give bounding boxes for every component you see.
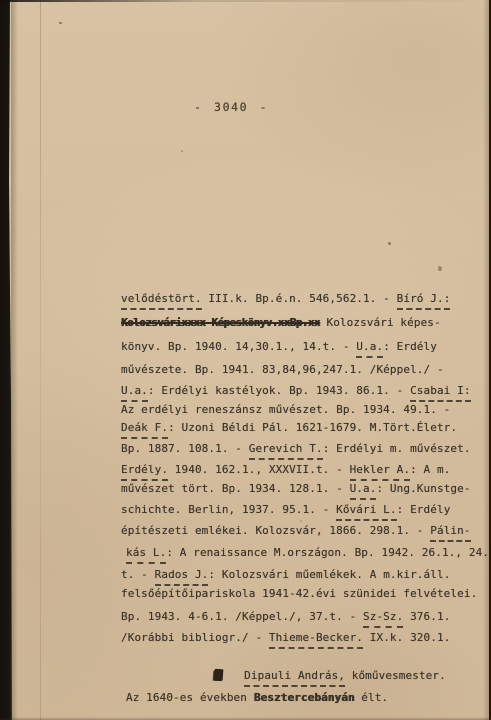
- text-line: t. - Rados J.: Kolozsvári műemlékek. A m…: [121, 567, 450, 582]
- text-line: velődéstört. III.k. Bp.é.n. 546,562.1. -…: [121, 291, 450, 306]
- text-line: Erdély. 1940. 162.1., XXXVII.t. - Hekler…: [121, 462, 450, 477]
- text-segment: : A renaissance M.országon. Bp. 1942. 26…: [166, 546, 489, 559]
- underlined-text: Rados J.: [155, 568, 209, 586]
- text-segment: felsőépítőipariskola 1941-42.évi szünide…: [121, 587, 477, 600]
- text-segment: Kolozsvári képes-: [320, 316, 441, 329]
- text-segment: : Ung.Kunstge-: [376, 482, 470, 495]
- text-segment: IX.k. 320.1.: [363, 631, 450, 644]
- scan-right-edge-shadow: [483, 0, 489, 720]
- text-segment: /Korábbi bibliogr./ -: [121, 631, 269, 644]
- scanned-document-page: - 3040 - velődéstört. III.k. Bp.é.n. 546…: [0, 0, 491, 720]
- text-segment: élt.: [355, 691, 389, 704]
- text-line: Az 1640-es években Besztercebányán élt.: [126, 690, 388, 705]
- underlined-text: Gerevich T.: [249, 442, 323, 460]
- paper-speck: [438, 266, 442, 271]
- underlined-text: kás L.: [126, 546, 166, 564]
- text-segment: 1940. 162.1., XXXVII.t. -: [168, 463, 350, 476]
- text-segment: : Erdélyi kastélyok. Bp. 1943. 86.1. -: [148, 384, 410, 397]
- text-segment: Az erdélyi reneszánsz művészet. Bp. 1934…: [121, 403, 450, 416]
- text-segment: : Erdély: [397, 503, 451, 516]
- text-segment: Besztercebányán: [254, 691, 355, 704]
- scan-left-edge-shadow: [11, 0, 18, 720]
- text-line: művészete. Bp. 1941. 83,84,96,247.1. /Ké…: [121, 362, 444, 377]
- paper-speck: [59, 22, 62, 24]
- text-segment: t. -: [121, 568, 155, 581]
- text-line: Az erdélyi reneszánsz művészet. Bp. 1934…: [121, 402, 450, 417]
- text-segment: : Kolozsvári műemlékek. A m.kir.áll.: [208, 568, 450, 581]
- underlined-text: U.a.: [121, 384, 148, 402]
- text-segment: 376.1.: [403, 610, 450, 623]
- text-segment: : Erdélyi m. művészet.: [323, 442, 471, 455]
- struck-out-text: Kolozsvárixxxx Képeskönyv.xxBp.xx: [121, 316, 320, 329]
- text-segment: kőművesmester.: [345, 669, 446, 682]
- text-segment: III.k. Bp.é.n. 546,562.1. -: [202, 292, 397, 305]
- text-segment: könyv. Bp. 1940. 14,30.1., 14.t. -: [121, 340, 356, 353]
- underlined-text: Deák F.: [121, 421, 168, 439]
- text-segment: : Erdély: [383, 340, 437, 353]
- underlined-text: Bíró J.:: [397, 292, 451, 310]
- text-line: felsőépítőipariskola 1941-42.évi szünide…: [121, 586, 477, 601]
- text-line: Deák F.: Uzoni Béldi Pál. 1621-1679. M.T…: [121, 420, 457, 435]
- text-segment: : A m.: [410, 463, 450, 476]
- text-line: építészeti emlékei. Kolozsvár, 1866. 298…: [121, 523, 471, 538]
- text-segment: Bp. 1887. 108.1. -: [121, 442, 249, 455]
- text-segment: [224, 669, 244, 682]
- text-line: Bp. 1887. 108.1. - Gerevich T.: Erdélyi …: [121, 441, 471, 456]
- underlined-text: Pálin-: [430, 524, 470, 542]
- underlined-text: velődéstört.: [121, 292, 202, 310]
- paper-speck: [388, 242, 391, 245]
- overstrike-mark: [214, 669, 224, 682]
- underlined-text: U.a.: [350, 482, 377, 500]
- text-line: kás L.: A renaissance M.országon. Bp. 19…: [126, 545, 489, 560]
- page-number: - 3040 -: [194, 100, 268, 114]
- text-line: schichte. Berlin, 1937. 95.1. - Kővári L…: [121, 502, 450, 517]
- paper-fold-line: [40, 0, 41, 720]
- text-segment: építészeti emlékei. Kolozsvár, 1866. 298…: [121, 524, 430, 537]
- text-segment: művészet tört. Bp. 1934. 128.1. -: [121, 482, 350, 495]
- text-segment: Bp. 1943. 4-6.1. /Képpel./, 37.t. -: [121, 610, 363, 623]
- paper-speck: [181, 150, 183, 152]
- text-line: művészet tört. Bp. 1934. 128.1. - U.a.: …: [121, 481, 471, 496]
- underlined-text: Dipauli András,: [244, 669, 345, 687]
- text-line: könyv. Bp. 1940. 14,30.1., 14.t. - U.a.:…: [121, 339, 437, 354]
- underlined-text: U.a.: [356, 340, 383, 358]
- underlined-text: Thieme-Becker.: [269, 631, 363, 649]
- text-segment: : Uzoni Béldi Pál. 1621-1679. M.Tört.Éle…: [168, 421, 457, 434]
- text-line: /Korábbi bibliogr./ - Thieme-Becker. IX.…: [121, 630, 450, 645]
- scan-top-edge: [0, 0, 491, 2]
- text-segment: Az 1640-es években: [126, 691, 254, 704]
- underlined-text: Erdély.: [121, 463, 168, 481]
- text-line: Bp. 1943. 4-6.1. /Képpel./, 37.t. - Sz-S…: [121, 609, 450, 624]
- underlined-text: Kővári L.: [336, 503, 397, 521]
- underlined-text: Csabai I:: [410, 384, 471, 402]
- underlined-text: Hekler A.: [350, 463, 411, 481]
- text-segment: művészete. Bp. 1941. 83,84,96,247.1. /Ké…: [121, 363, 444, 376]
- text-line: Dipauli András, kőművesmester.: [214, 668, 446, 683]
- underlined-text: Sz-Sz.: [363, 610, 403, 628]
- paper-speck: [300, 520, 302, 522]
- text-line: Kolozsvárixxxx Képeskönyv.xxBp.xx Kolozs…: [121, 315, 441, 330]
- text-line: U.a.: Erdélyi kastélyok. Bp. 1943. 86.1.…: [121, 383, 471, 398]
- text-segment: schichte. Berlin, 1937. 95.1. -: [121, 503, 336, 516]
